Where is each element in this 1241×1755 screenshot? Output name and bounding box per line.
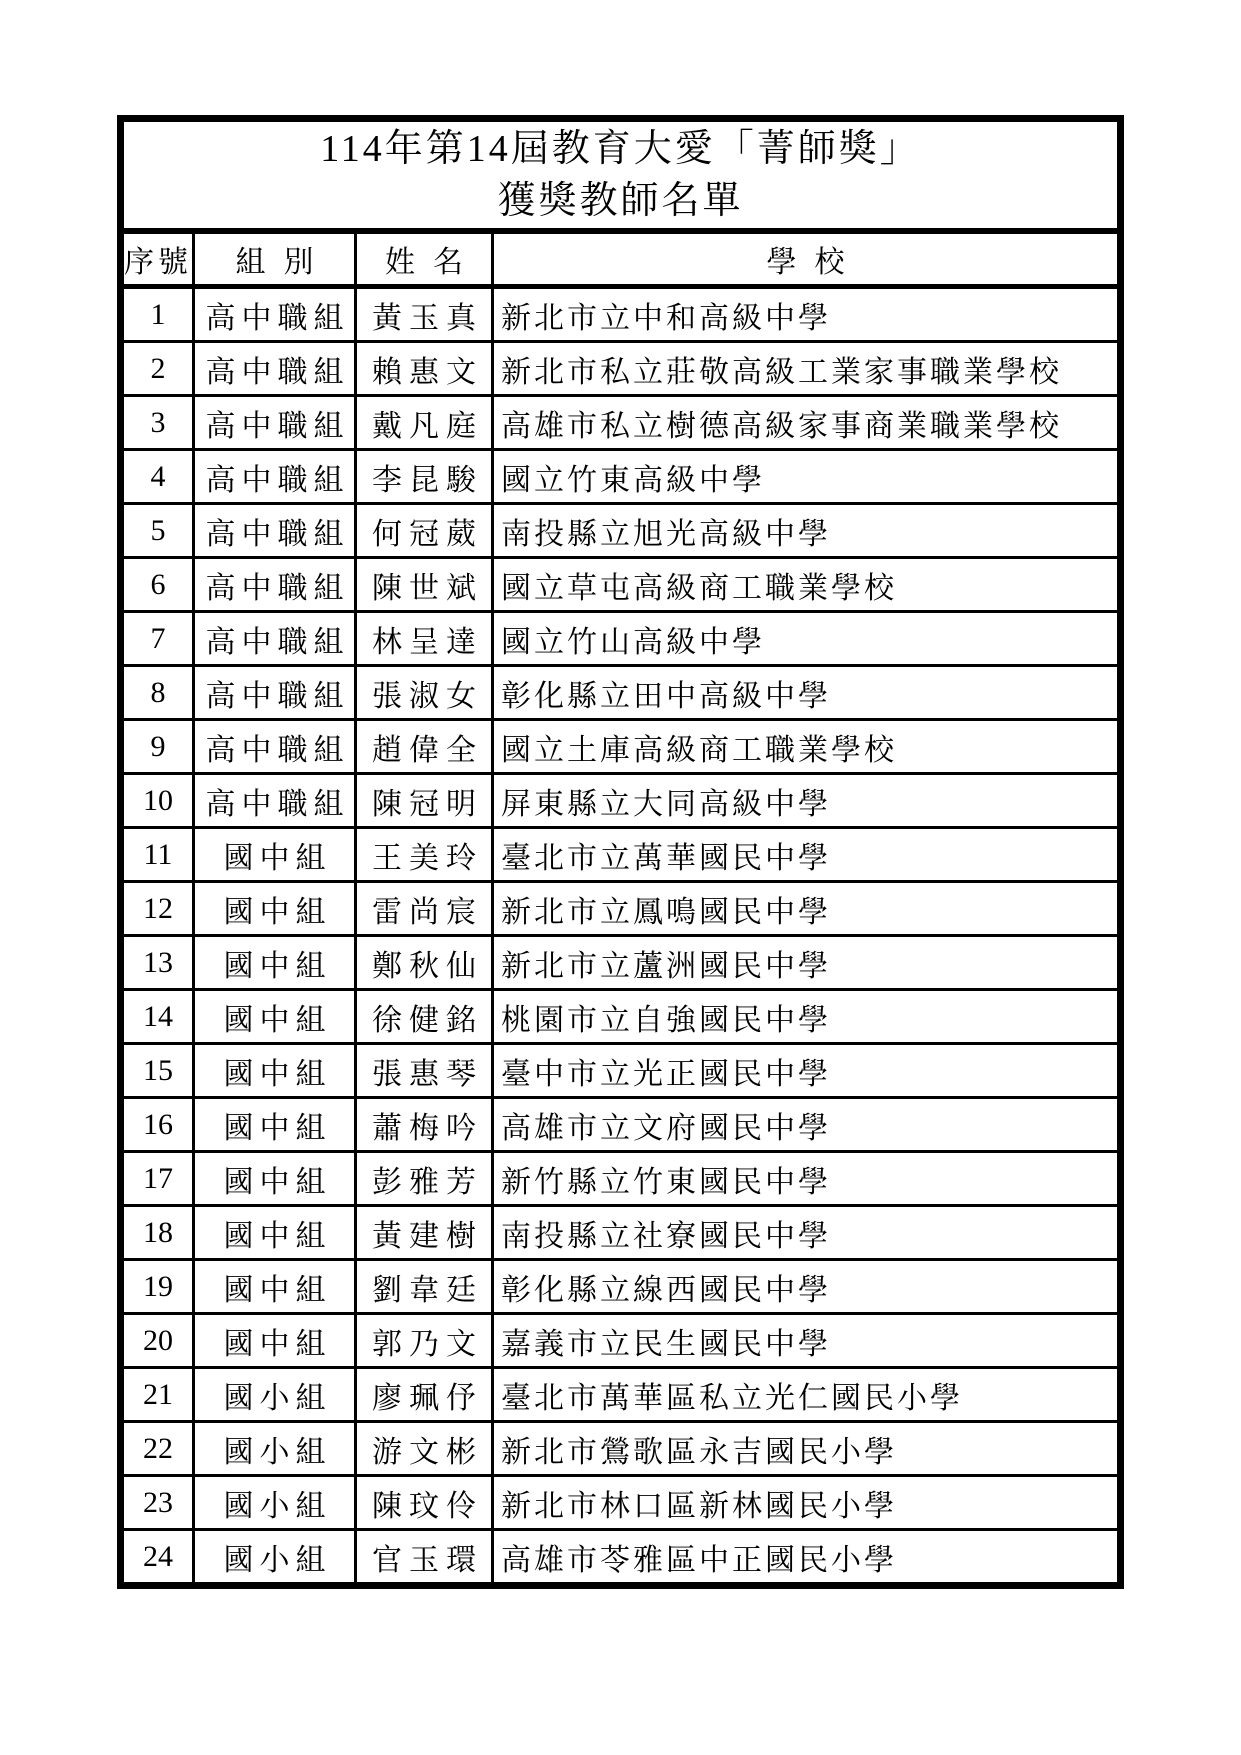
table-row: 13國中組鄭秋仙新北市立蘆洲國民中學 (121, 936, 1121, 990)
cell-school: 國立竹山高級中學 (493, 612, 1121, 666)
cell-name: 鄭秋仙 (356, 936, 493, 990)
cell-group: 國中組 (194, 882, 356, 936)
table-row: 16國中組蕭梅吟高雄市立文府國民中學 (121, 1098, 1121, 1152)
cell-serial: 21 (121, 1368, 194, 1422)
cell-school: 新北市立中和高級中學 (493, 287, 1121, 342)
table-row: 9高中職組趙偉全國立土庫高級商工職業學校 (121, 720, 1121, 774)
table-row: 14國中組徐健銘桃園市立自強國民中學 (121, 990, 1121, 1044)
cell-school: 新北市鶯歌區永吉國民小學 (493, 1422, 1121, 1476)
cell-school: 新竹縣立竹東國民中學 (493, 1152, 1121, 1206)
cell-name: 陳世斌 (356, 558, 493, 612)
column-header-group: 組別 (194, 231, 356, 287)
cell-group: 高中職組 (194, 612, 356, 666)
cell-group: 高中職組 (194, 504, 356, 558)
cell-name: 彭雅芳 (356, 1152, 493, 1206)
table-row: 23國小組陳玟伶新北市林口區新林國民小學 (121, 1476, 1121, 1530)
cell-group: 國中組 (194, 1206, 356, 1260)
cell-group: 國中組 (194, 1314, 356, 1368)
cell-serial: 19 (121, 1260, 194, 1314)
cell-name: 李昆駿 (356, 450, 493, 504)
cell-group: 國小組 (194, 1476, 356, 1530)
cell-school: 新北市私立莊敬高級工業家事職業學校 (493, 342, 1121, 396)
cell-group: 國中組 (194, 1152, 356, 1206)
table-row: 20國中組郭乃文嘉義市立民生國民中學 (121, 1314, 1121, 1368)
cell-name: 張惠琴 (356, 1044, 493, 1098)
cell-group: 國小組 (194, 1422, 356, 1476)
cell-serial: 11 (121, 828, 194, 882)
cell-school: 高雄市立文府國民中學 (493, 1098, 1121, 1152)
cell-group: 高中職組 (194, 774, 356, 828)
cell-school: 南投縣立社寮國民中學 (493, 1206, 1121, 1260)
awards-table: 114年第14屆教育大愛「菁師獎」 獲獎教師名單 序號 組別 姓名 學校 1高中… (117, 115, 1124, 1589)
cell-group: 國中組 (194, 936, 356, 990)
cell-group: 高中職組 (194, 450, 356, 504)
cell-group: 高中職組 (194, 342, 356, 396)
cell-serial: 3 (121, 396, 194, 450)
cell-serial: 13 (121, 936, 194, 990)
cell-school: 新北市立鳳鳴國民中學 (493, 882, 1121, 936)
cell-school: 新北市林口區新林國民小學 (493, 1476, 1121, 1530)
cell-school: 國立竹東高級中學 (493, 450, 1121, 504)
cell-group: 高中職組 (194, 558, 356, 612)
table-row: 3高中職組戴凡庭高雄市私立樹德高級家事商業職業學校 (121, 396, 1121, 450)
cell-school: 桃園市立自強國民中學 (493, 990, 1121, 1044)
cell-serial: 7 (121, 612, 194, 666)
cell-name: 張淑女 (356, 666, 493, 720)
cell-group: 國中組 (194, 990, 356, 1044)
cell-serial: 16 (121, 1098, 194, 1152)
cell-serial: 12 (121, 882, 194, 936)
cell-serial: 14 (121, 990, 194, 1044)
cell-school: 臺中市立光正國民中學 (493, 1044, 1121, 1098)
cell-school: 高雄市苓雅區中正國民小學 (493, 1530, 1121, 1586)
cell-name: 官玉環 (356, 1530, 493, 1586)
cell-group: 高中職組 (194, 287, 356, 342)
table-row: 19國中組劉韋廷彰化縣立線西國民中學 (121, 1260, 1121, 1314)
table-row: 1高中職組黃玉真新北市立中和高級中學 (121, 287, 1121, 342)
cell-school: 臺北市萬華區私立光仁國民小學 (493, 1368, 1121, 1422)
cell-school: 國立草屯高級商工職業學校 (493, 558, 1121, 612)
cell-name: 劉韋廷 (356, 1260, 493, 1314)
table-header-row: 序號 組別 姓名 學校 (121, 231, 1121, 287)
document-title: 114年第14屆教育大愛「菁師獎」 獲獎教師名單 (121, 119, 1121, 232)
cell-group: 國中組 (194, 1260, 356, 1314)
cell-school: 高雄市私立樹德高級家事商業職業學校 (493, 396, 1121, 450)
table-row: 8高中職組張淑女彰化縣立田中高級中學 (121, 666, 1121, 720)
cell-school: 國立土庫高級商工職業學校 (493, 720, 1121, 774)
cell-name: 陳玟伶 (356, 1476, 493, 1530)
cell-school: 嘉義市立民生國民中學 (493, 1314, 1121, 1368)
cell-serial: 17 (121, 1152, 194, 1206)
document-title-line1: 114年第14屆教育大愛「菁師獎」 (124, 123, 1117, 175)
cell-name: 蕭梅吟 (356, 1098, 493, 1152)
table-row: 11國中組王美玲臺北市立萬華國民中學 (121, 828, 1121, 882)
table-row: 22國小組游文彬新北市鶯歌區永吉國民小學 (121, 1422, 1121, 1476)
cell-name: 王美玲 (356, 828, 493, 882)
table-row: 15國中組張惠琴臺中市立光正國民中學 (121, 1044, 1121, 1098)
cell-serial: 4 (121, 450, 194, 504)
cell-name: 黃玉真 (356, 287, 493, 342)
cell-name: 黃建樹 (356, 1206, 493, 1260)
cell-name: 賴惠文 (356, 342, 493, 396)
cell-group: 高中職組 (194, 720, 356, 774)
cell-serial: 22 (121, 1422, 194, 1476)
table-row: 17國中組彭雅芳新竹縣立竹東國民中學 (121, 1152, 1121, 1206)
cell-name: 游文彬 (356, 1422, 493, 1476)
table-row: 4高中職組李昆駿國立竹東高級中學 (121, 450, 1121, 504)
cell-serial: 20 (121, 1314, 194, 1368)
cell-group: 高中職組 (194, 666, 356, 720)
cell-school: 彰化縣立線西國民中學 (493, 1260, 1121, 1314)
cell-serial: 1 (121, 287, 194, 342)
cell-serial: 23 (121, 1476, 194, 1530)
column-header-serial: 序號 (121, 231, 194, 287)
cell-serial: 24 (121, 1530, 194, 1586)
cell-group: 國中組 (194, 1098, 356, 1152)
cell-serial: 6 (121, 558, 194, 612)
cell-serial: 2 (121, 342, 194, 396)
document-title-line2: 獲獎教師名單 (124, 175, 1117, 227)
table-row: 7高中職組林呈達國立竹山高級中學 (121, 612, 1121, 666)
cell-name: 郭乃文 (356, 1314, 493, 1368)
cell-serial: 5 (121, 504, 194, 558)
table-row: 21國小組廖珮伃臺北市萬華區私立光仁國民小學 (121, 1368, 1121, 1422)
title-row: 114年第14屆教育大愛「菁師獎」 獲獎教師名單 (121, 119, 1121, 232)
cell-group: 國小組 (194, 1368, 356, 1422)
table-row: 10高中職組陳冠明屏東縣立大同高級中學 (121, 774, 1121, 828)
cell-serial: 8 (121, 666, 194, 720)
cell-school: 臺北市立萬華國民中學 (493, 828, 1121, 882)
column-header-school: 學校 (493, 231, 1121, 287)
cell-name: 廖珮伃 (356, 1368, 493, 1422)
cell-name: 趙偉全 (356, 720, 493, 774)
cell-name: 雷尚宸 (356, 882, 493, 936)
cell-name: 徐健銘 (356, 990, 493, 1044)
table-row: 6高中職組陳世斌國立草屯高級商工職業學校 (121, 558, 1121, 612)
table-row: 2高中職組賴惠文新北市私立莊敬高級工業家事職業學校 (121, 342, 1121, 396)
table-row: 24國小組官玉環高雄市苓雅區中正國民小學 (121, 1530, 1121, 1586)
cell-serial: 10 (121, 774, 194, 828)
cell-school: 新北市立蘆洲國民中學 (493, 936, 1121, 990)
cell-name: 戴凡庭 (356, 396, 493, 450)
table-row: 12國中組雷尚宸新北市立鳳鳴國民中學 (121, 882, 1121, 936)
cell-group: 國中組 (194, 828, 356, 882)
cell-school: 南投縣立旭光高級中學 (493, 504, 1121, 558)
cell-name: 陳冠明 (356, 774, 493, 828)
cell-school: 彰化縣立田中高級中學 (493, 666, 1121, 720)
table-row: 5高中職組何冠葳南投縣立旭光高級中學 (121, 504, 1121, 558)
cell-serial: 9 (121, 720, 194, 774)
cell-group: 國中組 (194, 1044, 356, 1098)
cell-group: 國小組 (194, 1530, 356, 1586)
table-row: 18國中組黃建樹南投縣立社寮國民中學 (121, 1206, 1121, 1260)
cell-serial: 15 (121, 1044, 194, 1098)
column-header-name: 姓名 (356, 231, 493, 287)
document-page: 114年第14屆教育大愛「菁師獎」 獲獎教師名單 序號 組別 姓名 學校 1高中… (0, 0, 1241, 1755)
cell-name: 何冠葳 (356, 504, 493, 558)
cell-serial: 18 (121, 1206, 194, 1260)
cell-group: 高中職組 (194, 396, 356, 450)
cell-name: 林呈達 (356, 612, 493, 666)
cell-school: 屏東縣立大同高級中學 (493, 774, 1121, 828)
